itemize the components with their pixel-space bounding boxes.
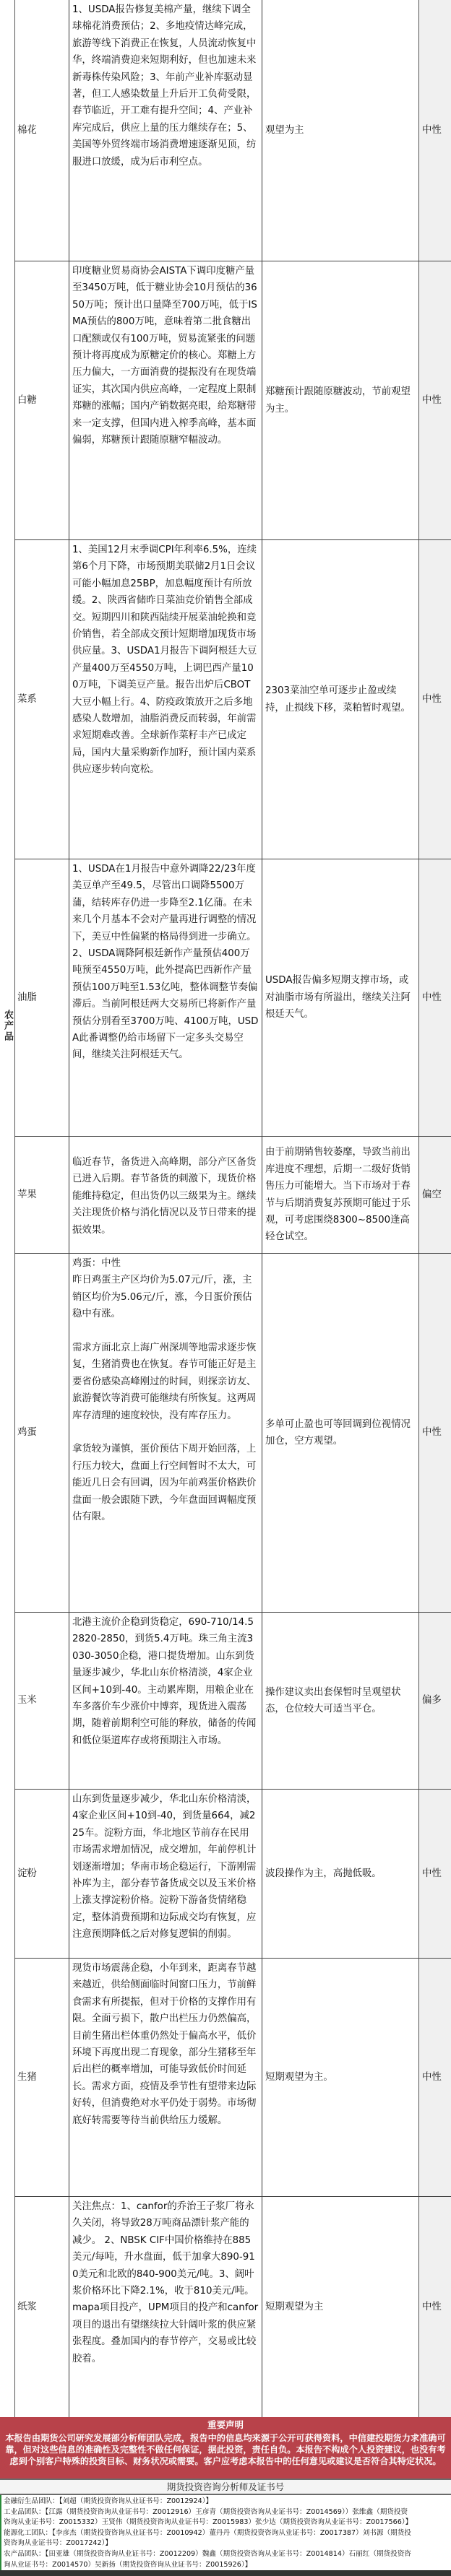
analyst-line: 农产品团队：【田亚雄（期货投资咨询从业证书号：Z0012209）魏鑫（期货投资咨… [4, 2549, 449, 2560]
analysis-text: 鸡蛋：中性 昨日鸡蛋主产区均价为5.07元/斤，涨，主销区均价为5.06元/斤，… [69, 1254, 262, 1612]
analysis-text: 现货市场震荡企稳，小年到来，距离春节越来越近，供给侧面临时间窗口压力，节前鲜食需… [69, 1959, 262, 2196]
view-badge: 中性 [419, 540, 451, 859]
product-name: 白糖 [14, 261, 69, 539]
product-name: 淀粉 [14, 1790, 69, 1958]
view-badge: 中性 [419, 1790, 451, 1958]
view-badge: 偏多 [419, 1613, 451, 1789]
analyst-section-title: 期货投资咨询分析师及证书号 [0, 2479, 451, 2495]
strategy-text: 由于前期销售较萎靡，导致当前出库进度不理想，后期一二级好货销售压力可能增大。当下… [262, 1137, 419, 1253]
view-badge: 中性 [419, 859, 451, 1136]
view-badge: 偏空 [419, 1137, 451, 1253]
strategy-text: 观望为主 [262, 0, 419, 261]
analyst-line: 咨询从业证书号：Z0015332）王贤伟（期货投资咨询从业证书号：Z001598… [4, 2518, 449, 2528]
product-name: 纸浆 [14, 2197, 69, 2417]
product-name: 油脂 [14, 859, 69, 1136]
analysis-text: 临近春节，备货进入高峰期，部分产区备货已进入后期。春节备货的刺激下，现货价格能维… [69, 1137, 262, 1253]
product-name: 鸡蛋 [14, 1254, 69, 1612]
analyst-line: 能源化工团队：【李彦杰（期货投资咨询从业证书号：Z0010942）董丹丹（期货投… [4, 2528, 449, 2539]
view-badge: 中性 [419, 1959, 451, 2196]
analysis-text: 1、USDA报告修复美棉产量，继续下调全球棉花消费预估；2、多地疫情达峰完成，旅… [69, 0, 262, 261]
table-row-pulp: 纸浆 关注焦点：1、canfor的乔治王子浆厂将永久关闭，将导致28万吨商品漂针… [14, 2197, 451, 2417]
analysis-text: 北港主流价企稳到货稳定，690-710/14.5 2820-2850，到货5.4… [69, 1613, 262, 1789]
strategy-text: 多单可止盈也可等回调到位视情况加仓，空方观望。 [262, 1254, 419, 1612]
strategy-text: 短期观望为主。 [262, 1959, 419, 2196]
strategy-text: 郑糖预计跟随原糖波动，节前观望为主。 [262, 261, 419, 539]
table-row-starch: 淀粉 山东到货量逐步减少，华北山东价格清淡，4家企业区间+10到-40，到货量6… [14, 1790, 451, 1959]
disclaimer-body: 本报告由期货公司研究发展部分析师团队完成，报告中的信息均来源于公开可获得资料，中… [0, 2432, 451, 2479]
analyst-list: 金融衍生品团队：【刘超（期货投资咨询从业证书号：Z0012924）】 工业品团队… [0, 2495, 451, 2570]
table-row-rapeseed: 菜系 1、美国12月末季调CPI年利率6.5%，连续第6个月下降，市场预期美联储… [14, 540, 451, 859]
strategy-text: 2303菜油空单可逐步止盈或续持，止损线下移，菜粕暂时观望。 [262, 540, 419, 859]
product-name: 棉花 [14, 0, 69, 261]
analyst-line: 资咨询从业证书号：Z0017242）】 [4, 2538, 449, 2549]
analyst-line: 询从业证书号：Z0014570）吴新扬（期货投资咨询从业证书号：Z0015926… [4, 2560, 449, 2571]
strategy-text: USDA报告偏多短期支撑市场，或对油脂市场有所溢出，继续关注阿根廷天气。 [262, 859, 419, 1136]
table-row-sugar: 白糖 印度糖业贸易商协会AISTA下调印度糖产量至3450万吨，低于糖业协会10… [14, 261, 451, 540]
analysis-text: 1、美国12月末季调CPI年利率6.5%，连续第6个月下降，市场预期美联储2月1… [69, 540, 262, 859]
product-name: 生猪 [14, 1959, 69, 2196]
analysis-text: 印度糖业贸易商协会AISTA下调印度糖产量至3450万吨，低于糖业协会10月预估… [69, 261, 262, 539]
strategy-text: 波段操作为主，高抛低吸。 [262, 1790, 419, 1958]
analysis-text: 山东到货量逐步减少，华北山东价格清淡，4家企业区间+10到-40，到货量664，… [69, 1790, 262, 1958]
analyst-line: 金融衍生品团队：【刘超（期货投资咨询从业证书号：Z0012924）】 [4, 2497, 449, 2507]
table-row-cotton: 棉花 1、USDA报告修复美棉产量，继续下调全球棉花消费预估；2、多地疫情达峰完… [14, 0, 451, 261]
product-name: 菜系 [14, 540, 69, 859]
analysis-text: 1、USDA在1月报告中意外调降22/23年度美豆单产至49.5，尽管出口调降5… [69, 859, 262, 1136]
table-row-corn: 玉米 北港主流价企稳到货稳定，690-710/14.5 2820-2850，到货… [14, 1613, 451, 1790]
disclaimer-title: 重要声明 [0, 2417, 451, 2433]
table-row-oils: 油脂 1、USDA在1月报告中意外调降22/23年度美豆单产至49.5，尽管出口… [14, 859, 451, 1137]
view-badge: 中性 [419, 0, 451, 261]
category-column: 农产品 [0, 0, 15, 2417]
analyst-line: 工业品团队：【江露（期货投资咨询从业证书号：Z0012916）王彦青（期货投资咨… [4, 2507, 449, 2518]
bottom-divider [0, 2570, 451, 2576]
view-badge: 中性 [419, 261, 451, 539]
view-badge: 中性 [419, 1254, 451, 1612]
view-badge: 中性 [419, 2197, 451, 2417]
strategy-text: 短期观望为主 [262, 2197, 419, 2417]
product-name: 苹果 [14, 1137, 69, 1253]
product-name: 玉米 [14, 1613, 69, 1789]
category-label: 农产品 [0, 1010, 14, 1042]
table-row-hog: 生猪 现货市场震荡企稳，小年到来，距离春节越来越近，供给侧面临时间窗口压力，节前… [14, 1959, 451, 2197]
table-row-apple: 苹果 临近春节，备货进入高峰期，部分产区备货已进入后期。春节备货的刺激下，现货价… [14, 1137, 451, 1254]
strategy-text: 操作建议卖出套保暂时呈观望状态，仓位较大可适当平仓。 [262, 1613, 419, 1789]
table-row-egg: 鸡蛋 鸡蛋：中性 昨日鸡蛋主产区均价为5.07元/斤，涨，主销区均价为5.06元… [14, 1254, 451, 1613]
analysis-text: 关注焦点：1、canfor的乔治王子浆厂将永久关闭，将导致28万吨商品漂针浆产能… [69, 2197, 262, 2417]
